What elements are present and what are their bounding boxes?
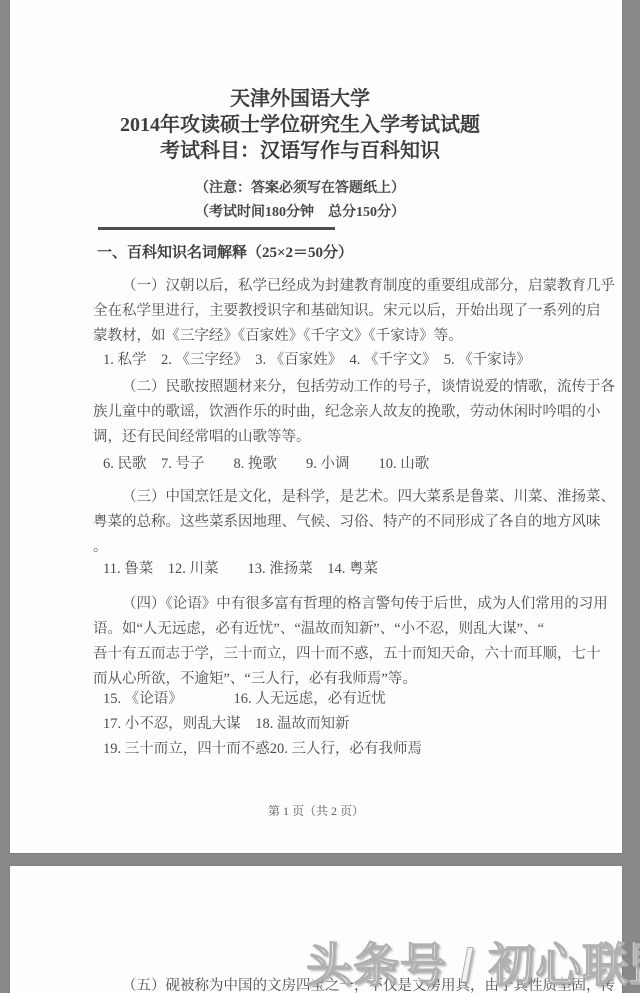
terms-line-2: 6. 民歌 7. 号子 8. 挽歌 9. 小调 10. 山歌 xyxy=(103,452,622,477)
terms-line-1: 1. 私学 2. 《三字经》 3. 《百家姓》 4. 《千字文》 5. 《千家诗… xyxy=(103,348,622,373)
page-number-footer: 第 1 页（共 2 页） xyxy=(10,803,622,819)
exam-subject: 考试科目：汉语写作与百科知识 xyxy=(10,138,590,164)
question-paragraph-3: （三）中国烹饪是文化，是科学，是艺术。四大菜系是鲁菜、川菜、淮扬菜、 粤菜的总称… xyxy=(93,485,622,560)
answer-sheet-note: （注意：答案必须写在答题纸上） xyxy=(10,177,590,201)
watermark-overlay: 头条号 / 初心联盟 xyxy=(306,929,640,993)
exam-header: 天津外国语大学 2014年攻读硕士学位研究生入学考试试题 考试科目：汉语写作与百… xyxy=(10,86,590,164)
section-1-heading: 一、百科知识名词解释（25×2＝50分） xyxy=(97,243,353,263)
header-divider-line xyxy=(98,227,335,230)
exam-notes: （注意：答案必须写在答题纸上） （考试时间180分钟 总分150分） xyxy=(10,177,590,225)
terms-line-3: 11. 鲁菜 12. 川菜 13. 淮扬菜 14. 粤菜 xyxy=(103,557,622,582)
question-paragraph-4: （四）《论语》中有很多富有哲理的格言警句传于后世，成为人们常用的习用 语。如“人… xyxy=(93,592,622,692)
exam-year-title: 2014年攻读硕士学位研究生入学考试试题 xyxy=(10,112,590,138)
university-name: 天津外国语大学 xyxy=(10,86,590,112)
time-score-note: （考试时间180分钟 总分150分） xyxy=(10,201,590,225)
question-paragraph-1: （一）汉朝以后，私学已经成为封建教育制度的重要组成部分，启蒙教育几乎 全在私学里… xyxy=(93,274,622,349)
exam-page-1: 天津外国语大学 2014年攻读硕士学位研究生入学考试试题 考试科目：汉语写作与百… xyxy=(10,0,622,853)
terms-line-4: 15. 《论语》 16. 人无远虑，必有近忧 17. 小不忍，则乱大谋 18. … xyxy=(103,687,622,762)
question-paragraph-2: （二）民歌按照题材来分，包括劳动工作的号子，谈情说爱的情歌，流传于各 族儿童中的… xyxy=(93,375,622,450)
